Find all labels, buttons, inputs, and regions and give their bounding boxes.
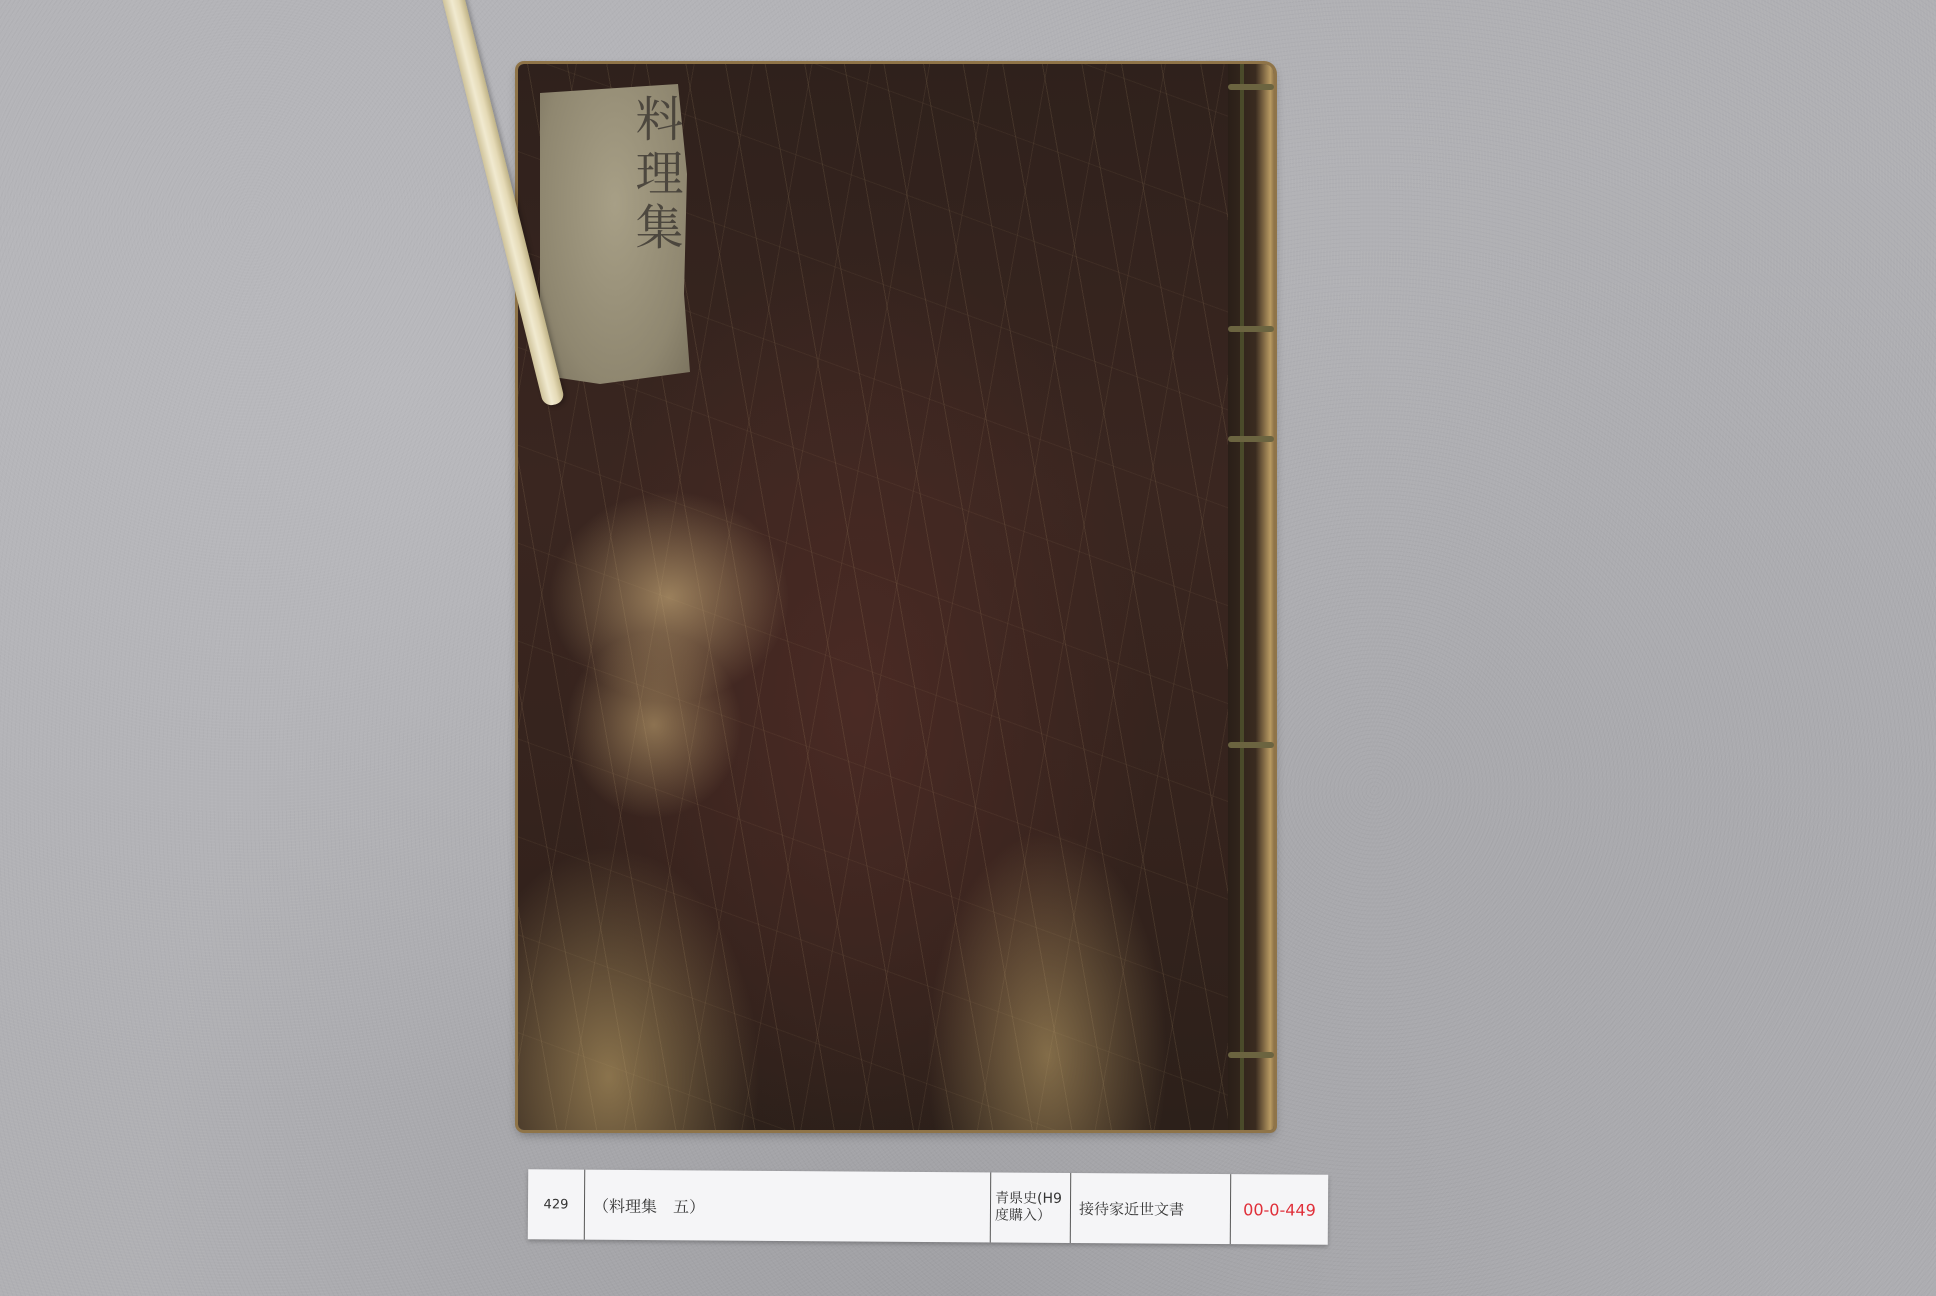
binding-stitch [1228, 436, 1274, 442]
label-source: 青県史(H9度購入） [990, 1172, 1070, 1243]
binding-stitch [1228, 326, 1274, 332]
book-spine-binding [1228, 64, 1274, 1130]
binding-stitch [1228, 84, 1274, 90]
binding-stitch [1228, 1052, 1274, 1058]
label-catalog-id: 00-0-449 [1230, 1174, 1328, 1245]
label-title: （料理集 五） [584, 1170, 990, 1243]
title-slip: 料理集 [540, 84, 690, 384]
book-cover: 料理集 [518, 64, 1274, 1130]
catalog-label-strip: 429 （料理集 五） 青県史(H9度購入） 接待家近世文書 00-0-449 [528, 1169, 1328, 1245]
binding-thread [1240, 64, 1244, 1130]
label-number: 429 [528, 1169, 584, 1239]
binding-stitch [1228, 742, 1274, 748]
label-collection: 接待家近世文書 [1070, 1173, 1230, 1244]
title-slip-text: 料理集 [540, 94, 690, 256]
